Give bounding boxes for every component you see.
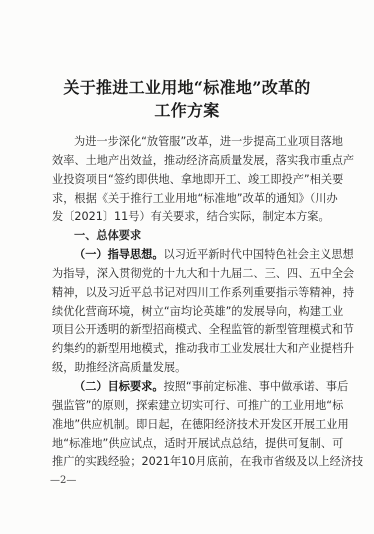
paragraph-line: （二）目标要求。按照“事前定标准、事中做承诺、事后 bbox=[52, 378, 324, 397]
section-heading: 一、总体要求 bbox=[52, 227, 324, 246]
paragraph-line: 为进一步深化“放管服”改革，进一步提高工业项目落地 bbox=[52, 133, 324, 152]
paragraph-text: 按照“事前定标准、事中做承诺、事后 bbox=[164, 380, 349, 393]
paragraph-line: 项目公开透明的新型招商模式、全程监管的新型管理模式和节 bbox=[52, 321, 324, 340]
document-body: 为进一步深化“放管服”改革，进一步提高工业项目落地 效率、土地产出效益，推动经济… bbox=[52, 133, 324, 472]
paragraph-line: 准地”供应机制。即日起，在德阳经济技术开发区开展工业用 bbox=[52, 416, 324, 435]
document-title-line1: 关于推进工业用地“标准地”改革的 bbox=[0, 75, 374, 98]
paragraph-line: 推广的实践经验；2021年10月底前，在我市省级及以上经济技 bbox=[52, 453, 324, 472]
page-number: —2— bbox=[50, 475, 76, 486]
paragraph-line: 求，根据《关于推行工业用地“标准地”改革的通知》（川办 bbox=[52, 190, 324, 209]
paragraph-line: 强监管”的原则，探索建立切实可行、可推广的工业用地“标 bbox=[52, 397, 324, 416]
paragraph-line: 业投资项目“签约即供地、拿地即开工、竣工即投产”相关要 bbox=[52, 171, 324, 190]
paragraph-line: 为指导，深入贯彻党的十九大和十九届二、三、四、五中全会 bbox=[52, 265, 324, 284]
paragraph-line: 级，助推经济高质量发展。 bbox=[52, 359, 324, 378]
paragraph-line: （一）指导思想。以习近平新时代中国特色社会主义思想 bbox=[52, 246, 324, 265]
document-title-line2: 工作方案 bbox=[0, 98, 374, 121]
subheading-label: （一）指导思想。 bbox=[74, 248, 164, 261]
paragraph-text: 以习近平新时代中国特色社会主义思想 bbox=[164, 248, 354, 261]
paragraph-line: 发〔2021〕11号）有关要求，结合实际，制定本方案。 bbox=[52, 208, 324, 227]
paragraph-line: 效率、土地产出效益，推动经济高质量发展，落实我市重点产 bbox=[52, 152, 324, 171]
paragraph-line: 地“标准地”供应试点，适时开展试点总结，提供可复制、可 bbox=[52, 435, 324, 454]
paragraph-line: 精神，以及习近平总书记对四川工作系列重要指示等精神，持 bbox=[52, 284, 324, 303]
paragraph-line: 约集约的新型用地模式，推动我市工业发展壮大和产业提档升 bbox=[52, 340, 324, 359]
subheading-label: （二）目标要求。 bbox=[74, 380, 164, 393]
paragraph-line: 续优化营商环境，树立“亩均论英雄”的发展导向，构建工业 bbox=[52, 303, 324, 322]
document-page: 关于推进工业用地“标准地”改革的 工作方案 为进一步深化“放管服”改革，进一步提… bbox=[0, 0, 374, 534]
